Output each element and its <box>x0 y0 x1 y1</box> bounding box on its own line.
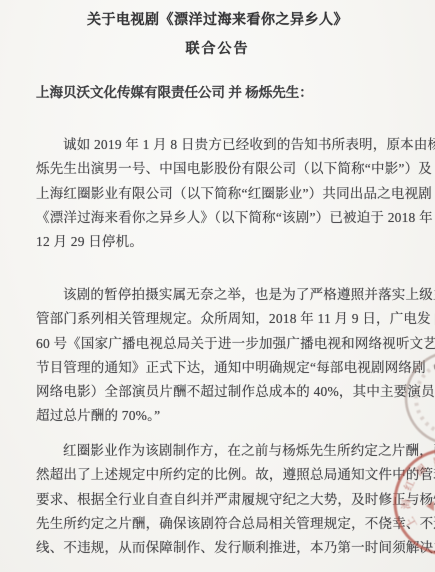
document-title: 关于电视剧《漂洋过海来看你之异乡人》 <box>0 9 435 29</box>
text-line: 然超出了上述规定中所约定的比例。故，遵照总局通知文件中的管理 <box>36 463 404 487</box>
salutation-line: 上海贝沃文化传媒有限责任公司 并 杨烁先生： <box>36 81 405 101</box>
text-line: 线、不违规，从而保障制作、发行顺利推进，本乃第一时间须解决之 <box>36 536 404 560</box>
document-subtitle: 联合公告 <box>0 38 435 58</box>
text-line: 《漂洋过海来看你之异乡人》（以下简称“该剧”）已被迫于 2018 年 <box>36 206 404 230</box>
text-line: 网络电影）全部演员片酬不超过制作总成本的 40%，其中主要演员不 <box>36 380 404 404</box>
text-line: 烁先生出演男一号、中国电影股份有限公司（以下简称“中影”）及 <box>36 157 404 181</box>
text-line: 管部门系列相关管理规定。众所周知，2018 年 11 月 9 日，广电发 [20… <box>36 307 404 331</box>
text-line: 节目管理的通知》正式下达，通知中明确规定“每部电视剧网络剧（含 <box>36 356 404 380</box>
paragraph-3: 红圈影业作为该剧制作方，在之前与杨烁先生所约定之片酬，已 然超出了上述规定中所约… <box>36 439 404 560</box>
text-line: 要求、根据全行业自查自纠并严肃履规守纪之大势，及时修正与杨烁 <box>36 488 404 512</box>
scanned-document-page: 关于电视剧《漂洋过海来看你之异乡人》 联合公告 上海贝沃文化传媒有限责任公司 并… <box>0 0 435 572</box>
text-line: 该剧的暂停拍摄实属无奈之举，也是为了严格遵照并落实上级主 <box>36 283 404 307</box>
text-line: 超过总片酬的 70%。” <box>36 404 404 428</box>
paragraph-1: 诚如 2019 年 1 月 8 日贵方已经收到的告知书所表明，原本由杨 烁先生出… <box>36 133 404 254</box>
text-line: 上海红圈影业有限公司（以下简称“红圈影业”）共同出品之电视剧 <box>36 182 404 206</box>
text-line: 红圈影业作为该剧制作方，在之前与杨烁先生所约定之片酬，已 <box>36 439 404 463</box>
paragraph-2: 该剧的暂停拍摄实属无奈之举，也是为了严格遵照并落实上级主 管部门系列相关管理规定… <box>36 283 404 429</box>
text-line: 诚如 2019 年 1 月 8 日贵方已经收到的告知书所表明，原本由杨 <box>36 133 404 157</box>
text-line: 12 月 29 日停机。 <box>36 230 404 254</box>
text-line: 先生所约定之片酬，确保该剧符合总局相关管理规定，不侥幸、不逾 <box>36 512 404 536</box>
text-line: 60 号《国家广播电视总局关于进一步加强广播电视和网络视听文艺 <box>36 332 404 356</box>
